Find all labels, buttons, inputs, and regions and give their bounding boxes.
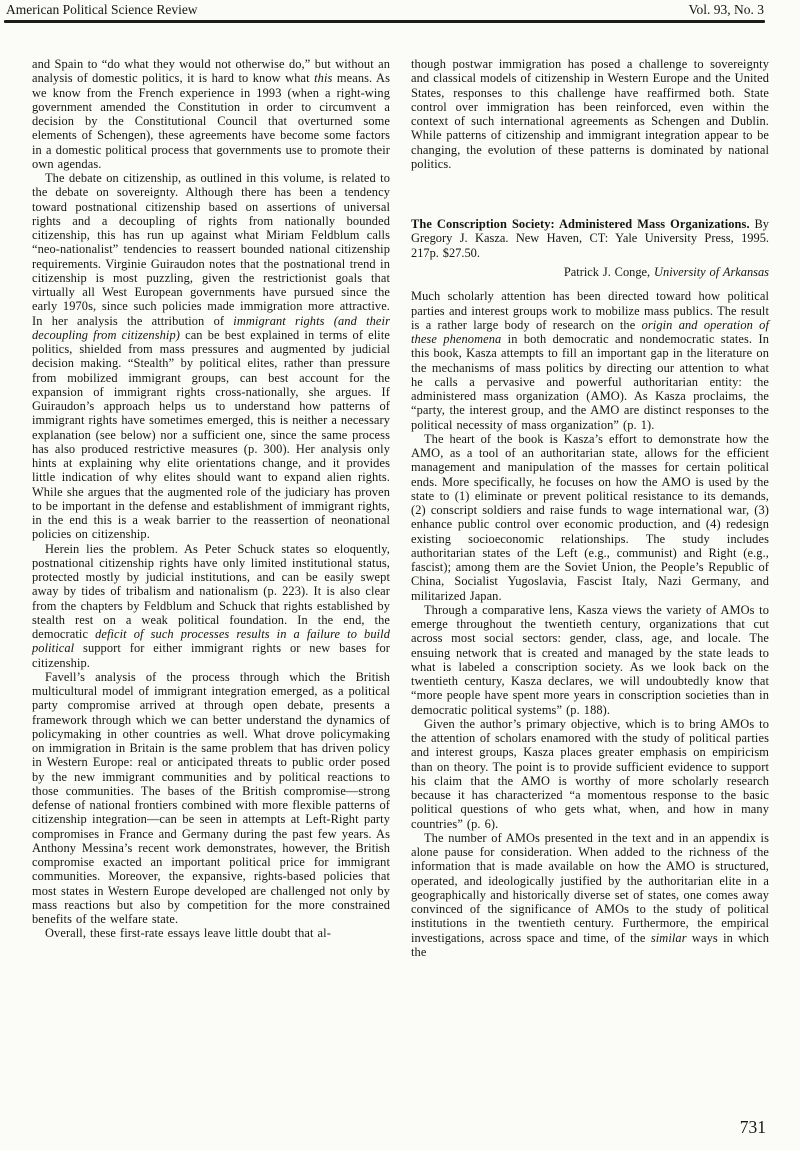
page-header: American Political Science Review Vol. 9… [6, 2, 764, 18]
text-run: The debate on citizenship, as outlined i… [32, 171, 390, 328]
journal-page: American Political Science Review Vol. 9… [0, 0, 800, 1150]
text-run: Patrick J. Conge, [564, 265, 654, 279]
paragraph: Given the author’s primary objective, wh… [411, 717, 769, 831]
left-column: and Spain to “do what they would not oth… [32, 57, 390, 959]
paragraph: Much scholarly attention has been direct… [411, 289, 769, 432]
paragraph: Favell’s analysis of the process through… [32, 670, 390, 927]
text-run: support for either immigrant rights or n… [32, 641, 390, 669]
issue-label: Vol. 93, No. 3 [688, 2, 764, 18]
review-body: Much scholarly attention has been direct… [411, 289, 769, 959]
text-columns: and Spain to “do what they would not oth… [32, 57, 769, 959]
header-rule [4, 20, 765, 23]
paragraph: and Spain to “do what they would not oth… [32, 57, 390, 171]
reviewer-byline: Patrick J. Conge, University of Arkansas [411, 265, 769, 279]
text-run: can be best explained in terms of elite … [32, 328, 390, 542]
paragraph: though postwar immigration has posed a c… [411, 57, 769, 171]
text-run: The number of AMOs presented in the text… [411, 831, 769, 945]
continued-paragraph: though postwar immigration has posed a c… [411, 57, 769, 171]
bold-text: The Conscription Society: Administered M… [411, 217, 750, 231]
page-number: 731 [740, 1118, 766, 1137]
italic-text: similar [651, 931, 687, 945]
text-run: though postwar immigration has posed a c… [411, 57, 769, 171]
text-run: Overall, these first-rate essays leave l… [45, 926, 331, 940]
text-run: The heart of the book is Kasza’s effort … [411, 432, 769, 603]
italic-text: this [314, 71, 332, 85]
text-run: in both democratic and nondemocratic sta… [411, 332, 769, 432]
paragraph: The debate on citizenship, as outlined i… [32, 171, 390, 542]
paragraph: Through a comparative lens, Kasza views … [411, 603, 769, 717]
paragraph: Herein lies the problem. As Peter Schuck… [32, 542, 390, 670]
paragraph: Overall, these first-rate essays leave l… [32, 926, 390, 940]
italic-text: University of Arkansas [654, 265, 769, 279]
paragraph: The number of AMOs presented in the text… [411, 831, 769, 959]
book-review-heading: The Conscription Society: Administered M… [411, 217, 769, 260]
text-run: means. As we know from the French experi… [32, 71, 390, 171]
text-run: Through a comparative lens, Kasza views … [411, 603, 769, 717]
text-run: Given the author’s primary objective, wh… [411, 717, 769, 831]
paragraph: The heart of the book is Kasza’s effort … [411, 432, 769, 603]
journal-title: American Political Science Review [6, 2, 198, 18]
text-run: Favell’s analysis of the process through… [32, 670, 390, 926]
right-column: though postwar immigration has posed a c… [411, 57, 769, 959]
